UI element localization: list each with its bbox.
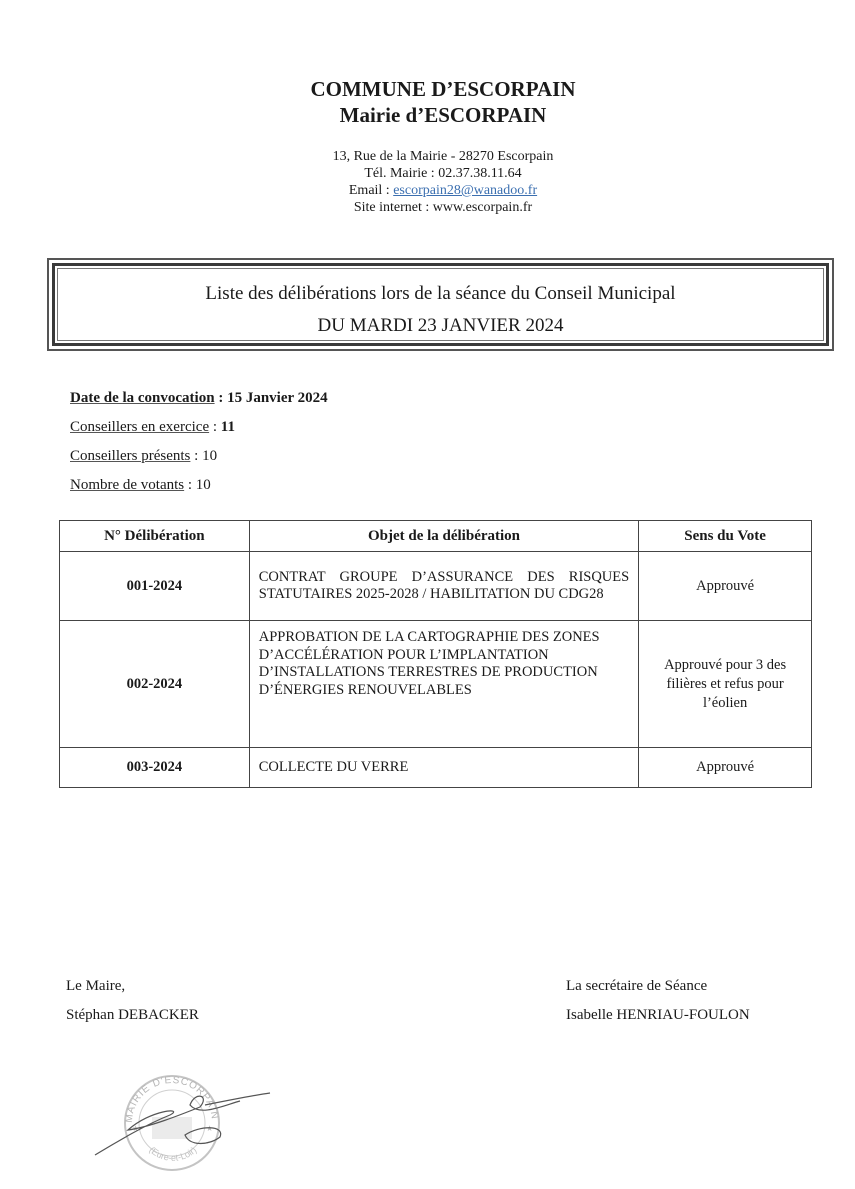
deliberations-table: N° Délibération Objet de la délibération… [59, 520, 812, 788]
secretary-name: Isabelle HENRIAU-FOULON [566, 1005, 750, 1034]
email-label: Email : [349, 183, 393, 198]
commune-name: COMMUNE D’ESCORPAIN [0, 76, 855, 102]
conseillers-exercice: Conseillers en exercice : 11 [70, 417, 328, 446]
email-line: Email : escorpain28@wanadoo.fr [0, 182, 855, 199]
mayor-signature-block: Le Maire, Stéphan DEBACKER [66, 976, 199, 1034]
vote-result: Approuvé [639, 552, 812, 621]
table-header-row: N° Délibération Objet de la délibération… [60, 521, 812, 552]
convocation-date: Date de la convocation : 15 Janvier 2024 [70, 388, 328, 417]
deliberation-number: 002-2024 [60, 621, 250, 748]
mairie-name: Mairie d’ESCORPAIN [0, 102, 855, 128]
header-vote: Sens du Vote [639, 521, 812, 552]
deliberation-number: 003-2024 [60, 748, 250, 788]
document-title: Liste des délibérations lors de la séanc… [55, 282, 826, 306]
table-row: 002-2024 APPROBATION DE LA CARTOGRAPHIE … [60, 621, 812, 748]
official-stamp-icon: MAIRIE D'ESCORPAIN (Eure-et-Loir) ★ ★ [90, 1055, 280, 1175]
phone-number: Tél. Mairie : 02.37.38.11.64 [0, 165, 855, 182]
session-info: Date de la convocation : 15 Janvier 2024… [70, 388, 328, 504]
letterhead: COMMUNE D’ESCORPAIN Mairie d’ESCORPAIN 1… [0, 76, 855, 216]
vote-result: Approuvé pour 3 des filières et refus po… [639, 621, 812, 748]
vote-result: Approuvé [639, 748, 812, 788]
svg-text:(Eure-et-Loir): (Eure-et-Loir) [147, 1145, 198, 1163]
deliberation-object: COLLECTE DU VERRE [249, 748, 638, 788]
deliberation-object: CONTRAT GROUPE D’ASSURANCE DES RISQUES S… [249, 552, 638, 621]
secretary-title: La secrétaire de Séance [566, 976, 750, 1005]
header-object: Objet de la délibération [249, 521, 638, 552]
secretary-signature-block: La secrétaire de Séance Isabelle HENRIAU… [566, 976, 750, 1034]
header-number: N° Délibération [60, 521, 250, 552]
contact-block: 13, Rue de la Mairie - 28270 Escorpain T… [0, 148, 855, 216]
email-link[interactable]: escorpain28@wanadoo.fr [393, 183, 537, 198]
mayor-title: Le Maire, [66, 976, 199, 1005]
conseillers-presents: Conseillers présents : 10 [70, 446, 328, 475]
deliberation-number: 001-2024 [60, 552, 250, 621]
deliberation-object: APPROBATION DE LA CARTOGRAPHIE DES ZONES… [249, 621, 638, 748]
nombre-votants: Nombre de votants : 10 [70, 475, 328, 504]
table-row: 003-2024 COLLECTE DU VERRE Approuvé [60, 748, 812, 788]
svg-text:★: ★ [206, 1124, 213, 1133]
postal-address: 13, Rue de la Mairie - 28270 Escorpain [0, 148, 855, 165]
svg-text:MAIRIE D'ESCORPAIN: MAIRIE D'ESCORPAIN [124, 1075, 220, 1124]
mayor-name: Stéphan DEBACKER [66, 1005, 199, 1034]
table-row: 001-2024 CONTRAT GROUPE D’ASSURANCE DES … [60, 552, 812, 621]
website: Site internet : www.escorpain.fr [0, 199, 855, 216]
session-date: DU MARDI 23 JANVIER 2024 [55, 314, 826, 338]
title-box: Liste des délibérations lors de la séanc… [47, 258, 834, 351]
